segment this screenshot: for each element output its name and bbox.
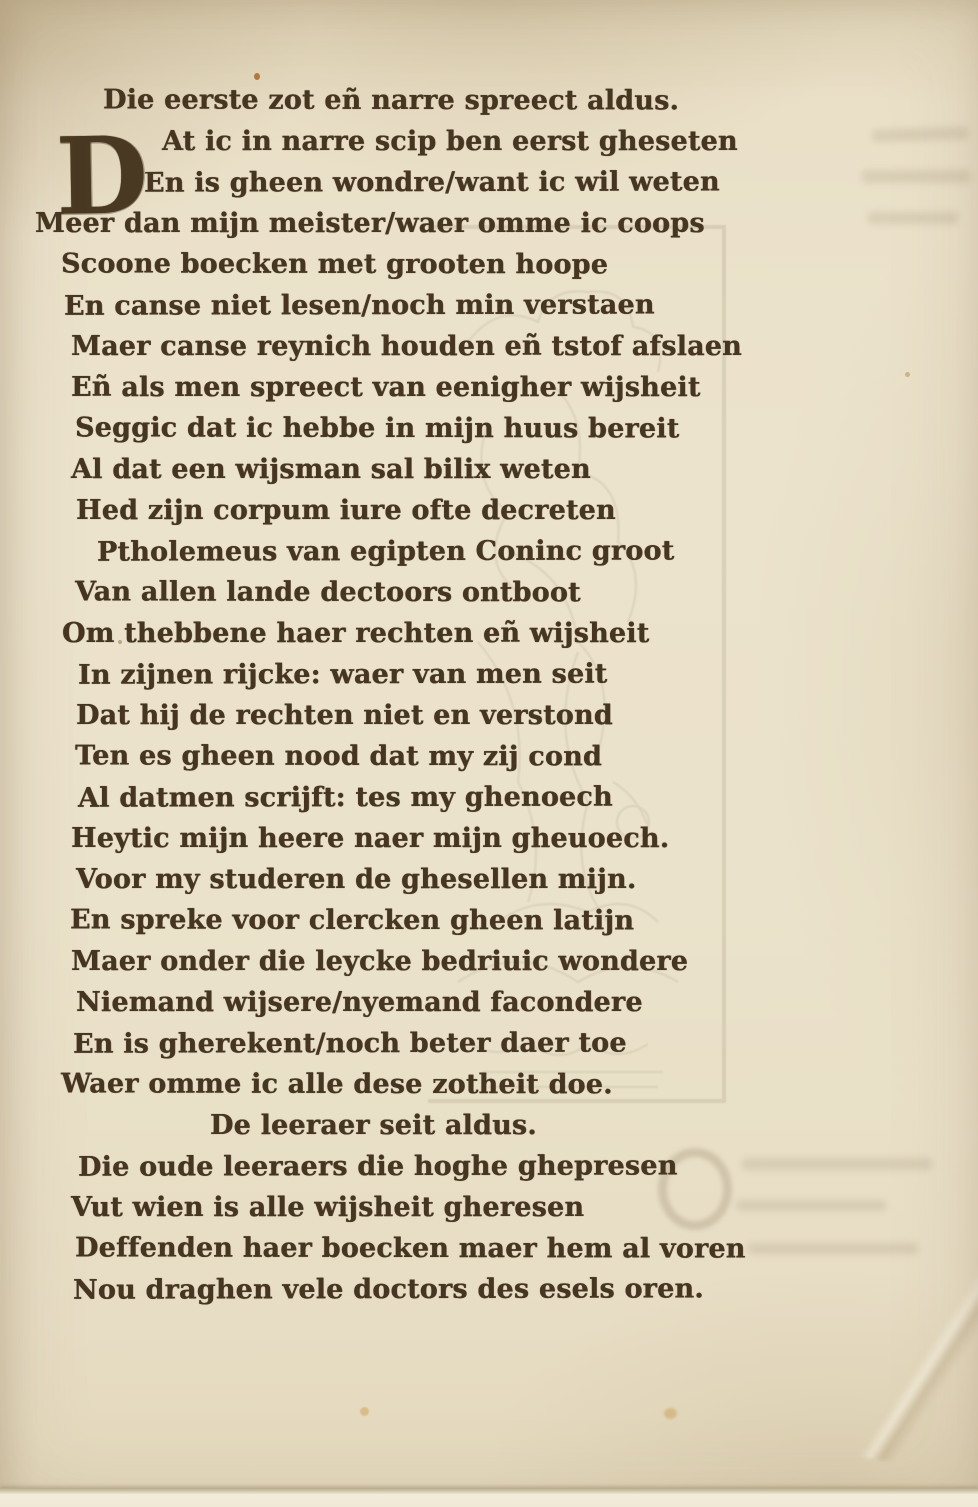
- paper-crease: [828, 1155, 978, 1484]
- poem-line: Maer canse reynich houden eñ tstof afsla…: [71, 326, 762, 367]
- poem-line: Ten es gheen nood dat my zij cond: [75, 735, 761, 777]
- poem-line: Die oude leeraers die hoghe ghepresen: [78, 1145, 764, 1187]
- poem-line: En is gherekent/noch beter daer toe: [73, 1022, 764, 1064]
- verso-text-showthrough: [868, 212, 958, 224]
- paper-stain: [360, 1407, 369, 1416]
- poem-line: In zijnen rijcke: waer van men seit: [78, 653, 764, 695]
- verso-text-showthrough: [748, 1243, 918, 1254]
- poem-line: Maer onder die leycke bedriuic wondere: [71, 941, 762, 982]
- page-bottom-edge: [0, 1488, 978, 1507]
- poem-line: Dat hij de rechten niet en verstond: [76, 695, 762, 736]
- poem-line: At ic in narre scip ben eerst gheseten: [162, 121, 762, 162]
- poem-line: Van allen lande dectoors ontboot: [75, 571, 761, 613]
- decorated-initial-d: D: [55, 127, 149, 225]
- poem-line: Waer omme ic alle dese zotheit doe.: [61, 1063, 761, 1105]
- verso-text-showthrough: [742, 1158, 932, 1170]
- poem-line: Eñ als men spreect van eenigher wijsheit: [71, 367, 762, 408]
- poem-line: Seggic dat ic hebbe in mijn huus bereit: [75, 407, 761, 449]
- poem-line: Om thebbene haer rechten eñ wijsheit: [62, 613, 762, 654]
- poem-line: Hed zijn corpum iure ofte decreten: [76, 490, 762, 531]
- verso-text-showthrough: [862, 170, 970, 183]
- poem-line: En canse niet lesen/noch min verstaen: [64, 284, 764, 326]
- poem-line: Scoone boecken met grooten hoope: [61, 243, 761, 285]
- poem-line: Nou draghen vele doctors des esels oren.: [73, 1268, 764, 1310]
- section-heading: Die eerste zot eñ narre spreect aldus.: [103, 79, 761, 121]
- poem-text-block: Die eerste zot eñ narre spreect aldus. A…: [62, 80, 762, 1310]
- poem-line: En spreke voor clercken gheen latijn: [70, 899, 761, 941]
- poem-line: Voor my studeren de ghesellen mijn.: [76, 859, 762, 900]
- poem-line: Niemand wijsere/nyemand facondere: [76, 982, 762, 1023]
- book-page-scan: D Die eerste zot eñ narre spreect aldus.…: [0, 0, 978, 1507]
- section-subheading: De leeraer seit aldus.: [210, 1105, 762, 1146]
- verso-text-showthrough: [872, 126, 968, 142]
- paper-stain: [905, 372, 910, 377]
- paper-stain: [664, 1408, 677, 1419]
- poem-line: Ptholemeus van egipten Coninc groot: [97, 530, 764, 572]
- poem-line: Al dat een wijsman sal bilix weten: [71, 449, 762, 490]
- poem-line: Al datmen scrijft: tes my ghenoech: [78, 776, 764, 818]
- poem-line: En is gheen wondre/want ic wil weten: [144, 161, 764, 203]
- poem-line: Heytic mijn heere naer mijn gheuoech.: [71, 818, 762, 859]
- poem-line: Deffenden haer boecken maer hem al voren: [75, 1227, 761, 1269]
- poem-line: Vut wien is alle wijsheit gheresen: [71, 1187, 762, 1228]
